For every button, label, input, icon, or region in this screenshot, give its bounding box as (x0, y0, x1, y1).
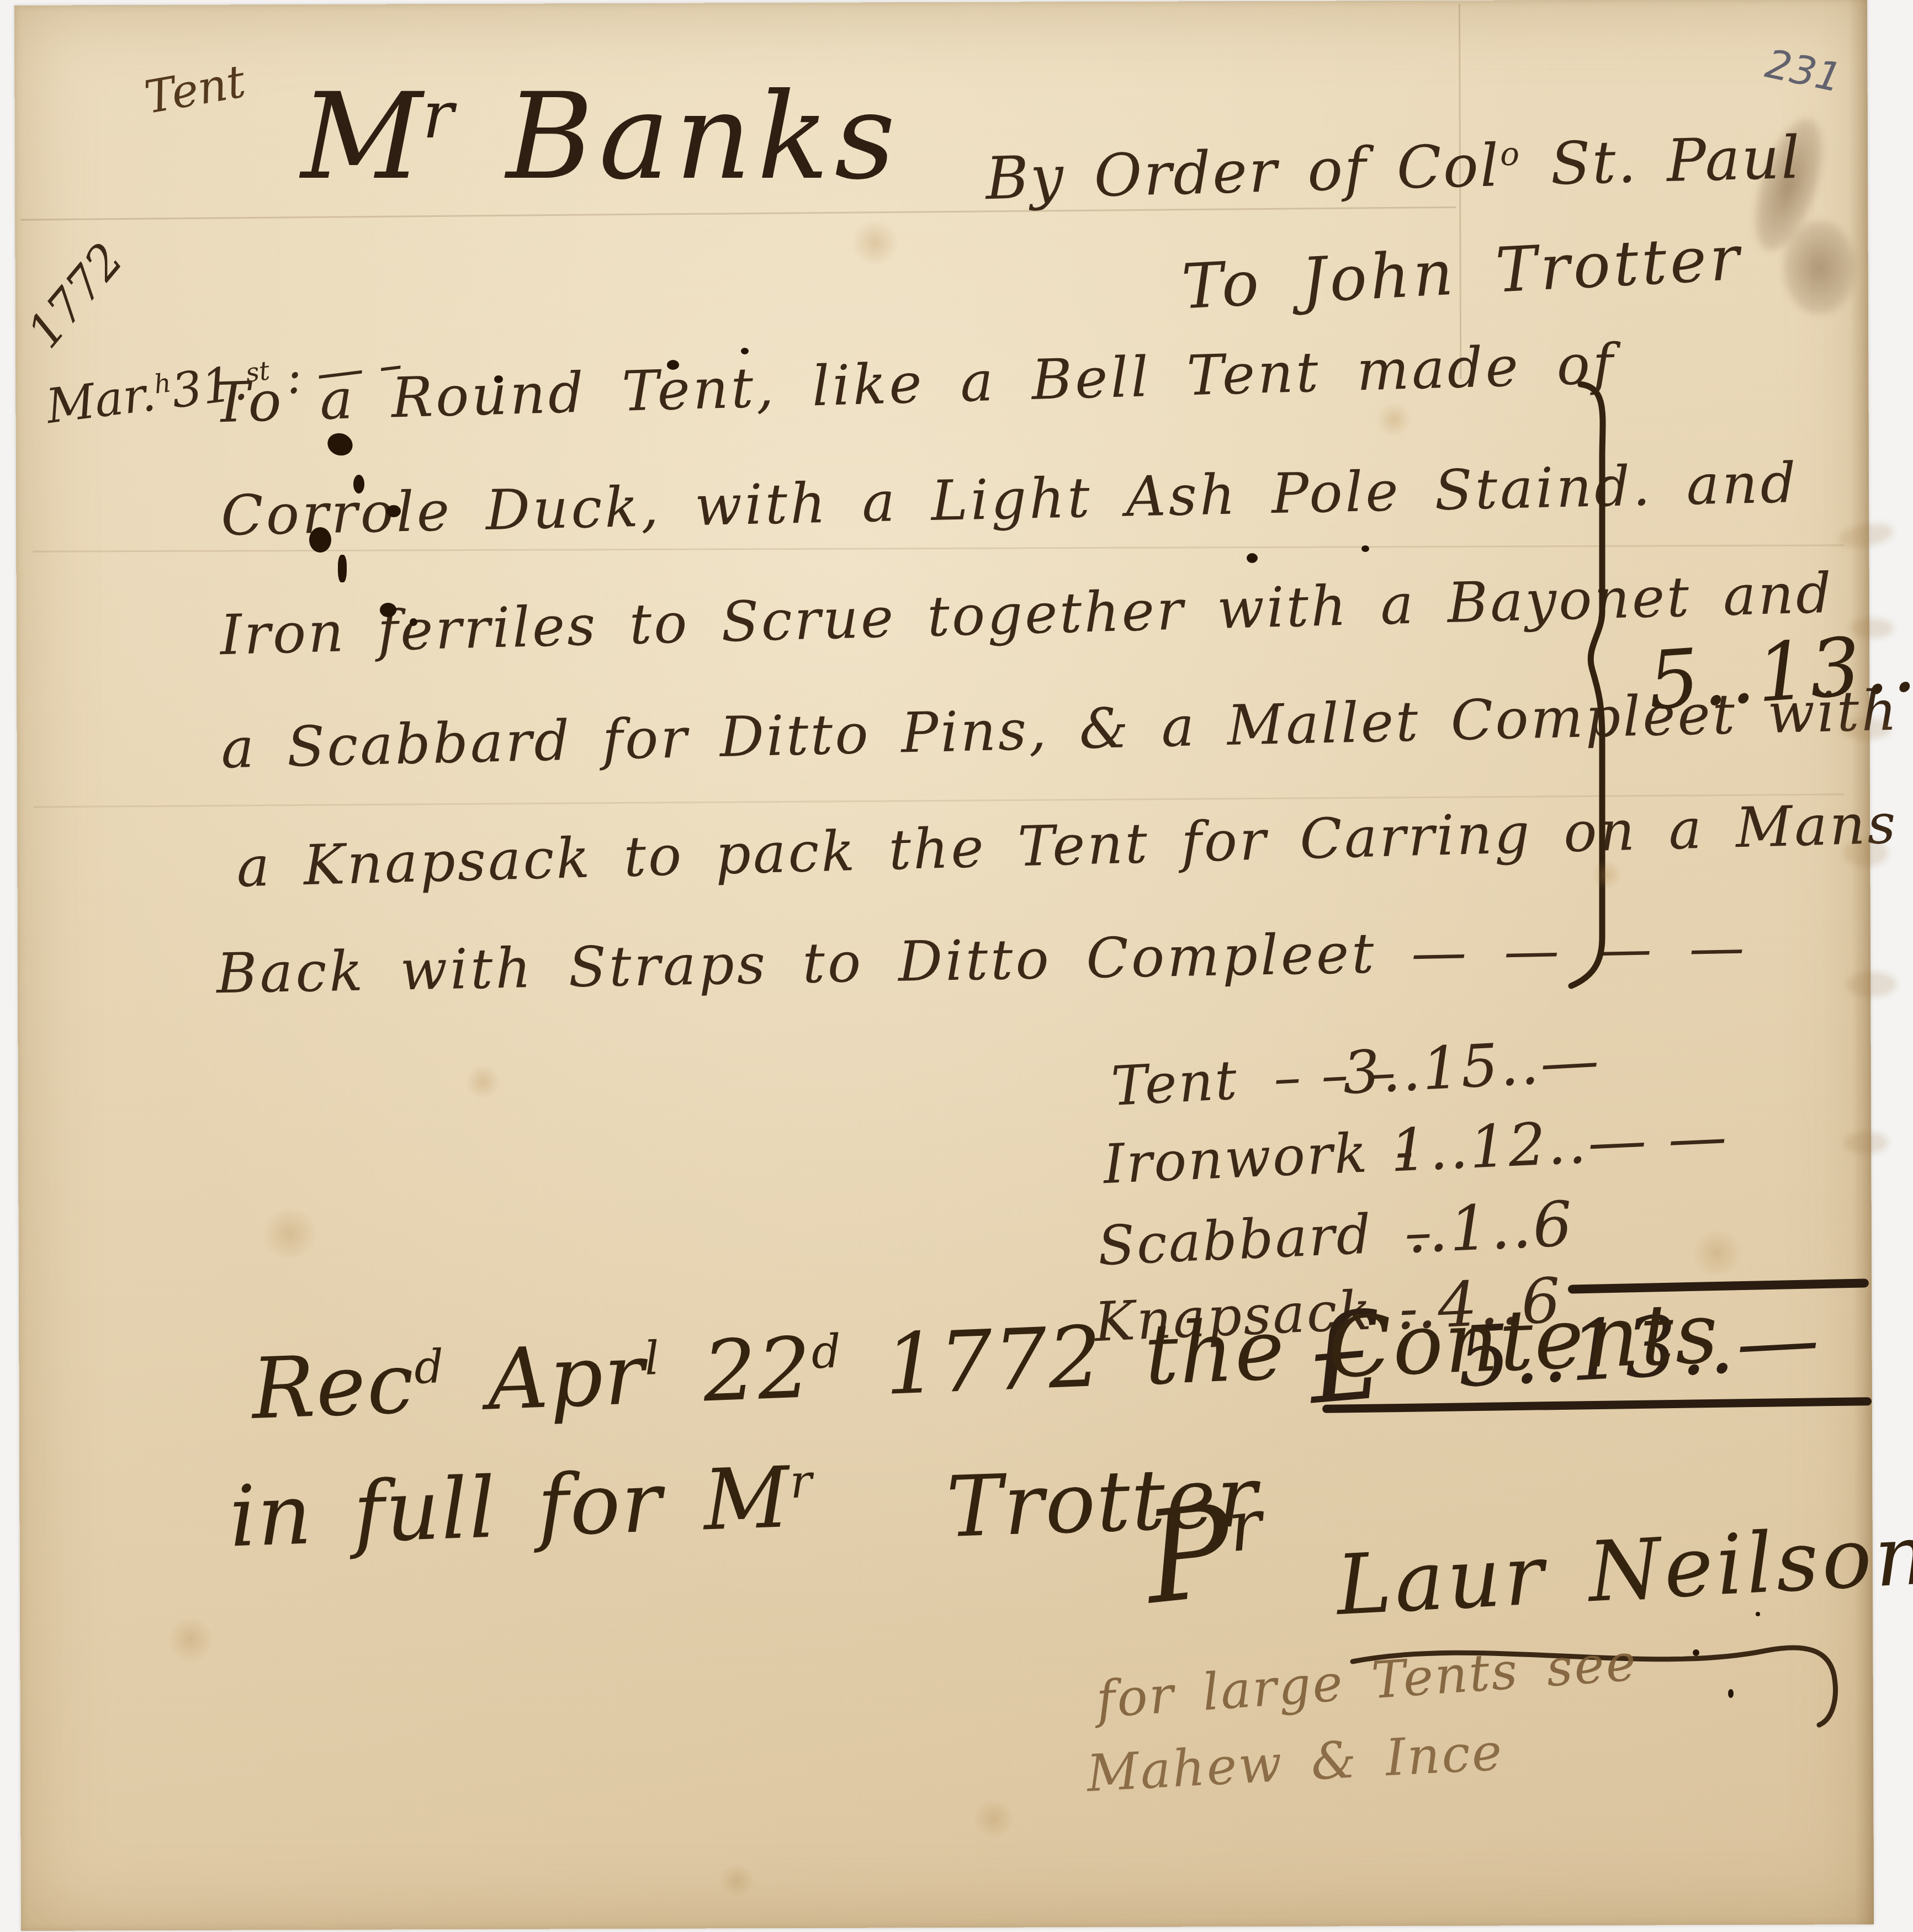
ink-spot (1693, 1649, 1699, 1656)
receipt-mr-superscript: r (789, 1454, 814, 1509)
foxing-spot (259, 1209, 320, 1259)
ink-spot (353, 475, 364, 493)
foxing-spot (464, 1065, 502, 1098)
receipt-superscript: d (413, 1339, 446, 1394)
signature-prefix: Pr (1140, 1484, 1271, 1623)
ink-spot (1728, 1689, 1734, 1698)
subtotal-amount: ..1..6 (1406, 1193, 1576, 1262)
subtotal-label: Ironwork (1102, 1122, 1370, 1196)
ink-spot (494, 375, 503, 383)
subtotal-label: Scabbard (1096, 1203, 1374, 1278)
addressee-superscript: r (422, 77, 454, 153)
price-bracket (1567, 380, 1650, 995)
subtotal-amount: 1..12..— — (1389, 1107, 1730, 1181)
foxing-spot (972, 1800, 1016, 1838)
ink-spot (1756, 1612, 1760, 1616)
crease-line (20, 206, 1456, 221)
receipt-infull: in full for M (227, 1448, 792, 1565)
ink-spot (667, 360, 679, 370)
foxing-spot (1689, 1231, 1745, 1275)
foxing-spot (850, 221, 900, 265)
ink-spot (741, 348, 749, 354)
ink-spot (338, 555, 347, 582)
foxing-spot (718, 1866, 756, 1896)
addressee-prefix: M (301, 67, 422, 206)
ghost-streak (1841, 718, 1891, 740)
foxing-spot (1375, 403, 1413, 436)
subtotal-amount: 3..15..— (1341, 1031, 1602, 1103)
ink-spot (1247, 553, 1258, 563)
addressee: MrBanks (301, 77, 901, 196)
receipt-month-superscript: l (644, 1331, 661, 1386)
foxing-spot (166, 1617, 215, 1662)
addressee-name: Banks (506, 67, 901, 206)
order-text: By Order of Col (985, 131, 1501, 213)
ink-spot (380, 603, 396, 617)
receipt-day: 22 (659, 1319, 814, 1422)
ghost-streak (1844, 1132, 1888, 1154)
signature-per-mark: P (1138, 1478, 1239, 1633)
scan-background: { "document": { "docket": "Tent", "folio… (0, 0, 1913, 1932)
ink-spot (410, 618, 417, 626)
ink-smudge (1783, 221, 1855, 315)
ink-spot (386, 505, 401, 517)
receipt-day-superscript: d (810, 1324, 843, 1379)
subtotal-label: Tent (1110, 1049, 1240, 1118)
ink-spot (1361, 545, 1369, 552)
order-superscript: o (1499, 135, 1522, 173)
ghost-streak (1850, 618, 1894, 638)
receipt-month: Apr (443, 1325, 647, 1431)
ghost-streak (1847, 972, 1896, 997)
order-rest: St. Paul (1520, 124, 1802, 199)
receipt-received: Rec (250, 1334, 417, 1438)
foxing-spot (1590, 861, 1623, 889)
ink-spot (309, 527, 331, 553)
ghost-streak (1844, 839, 1888, 867)
